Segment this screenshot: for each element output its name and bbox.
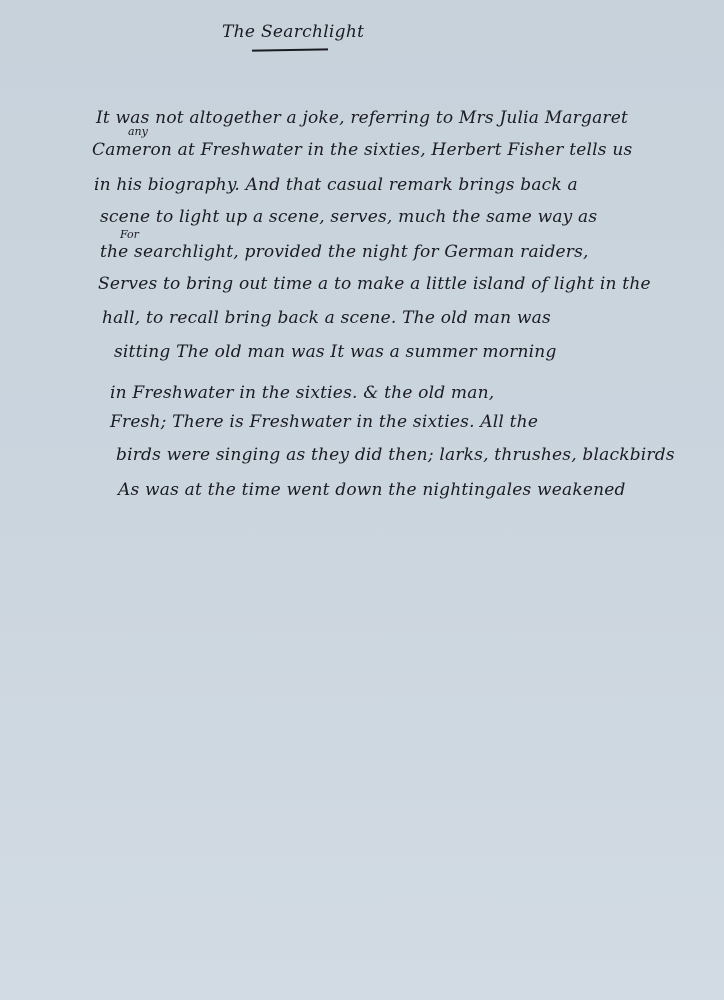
manuscript-line: the searchlight, provided the night for … (100, 242, 589, 262)
manuscript-line: sitting The old man was It was a summer … (114, 342, 557, 362)
manuscript-line: scene to light up a scene, serves, much … (100, 207, 597, 227)
manuscript-line: in his biography. And that casual remark… (94, 175, 578, 195)
manuscript-line: in Freshwater in the sixties. & the old … (110, 383, 494, 403)
insertion-note: For (120, 228, 139, 241)
manuscript-line: Cameron at Freshwater in the sixties, He… (92, 140, 632, 160)
manuscript-line: Serves to bring out time a to make a lit… (98, 274, 651, 294)
manuscript-line: As was at the time went down the nightin… (118, 480, 626, 500)
manuscript-line: It was not altogether a joke, referring … (96, 108, 628, 128)
manuscript-page: The Searchlight It was not altogether a … (0, 0, 724, 1000)
manuscript-line: birds were singing as they did then; lar… (116, 445, 675, 465)
manuscript-line: hall, to recall bring back a scene. The … (102, 308, 551, 328)
insertion-note: any (128, 125, 148, 138)
title-underline (252, 48, 328, 51)
page-title: The Searchlight (222, 22, 364, 42)
manuscript-line: Fresh; There is Freshwater in the sixtie… (110, 412, 538, 432)
